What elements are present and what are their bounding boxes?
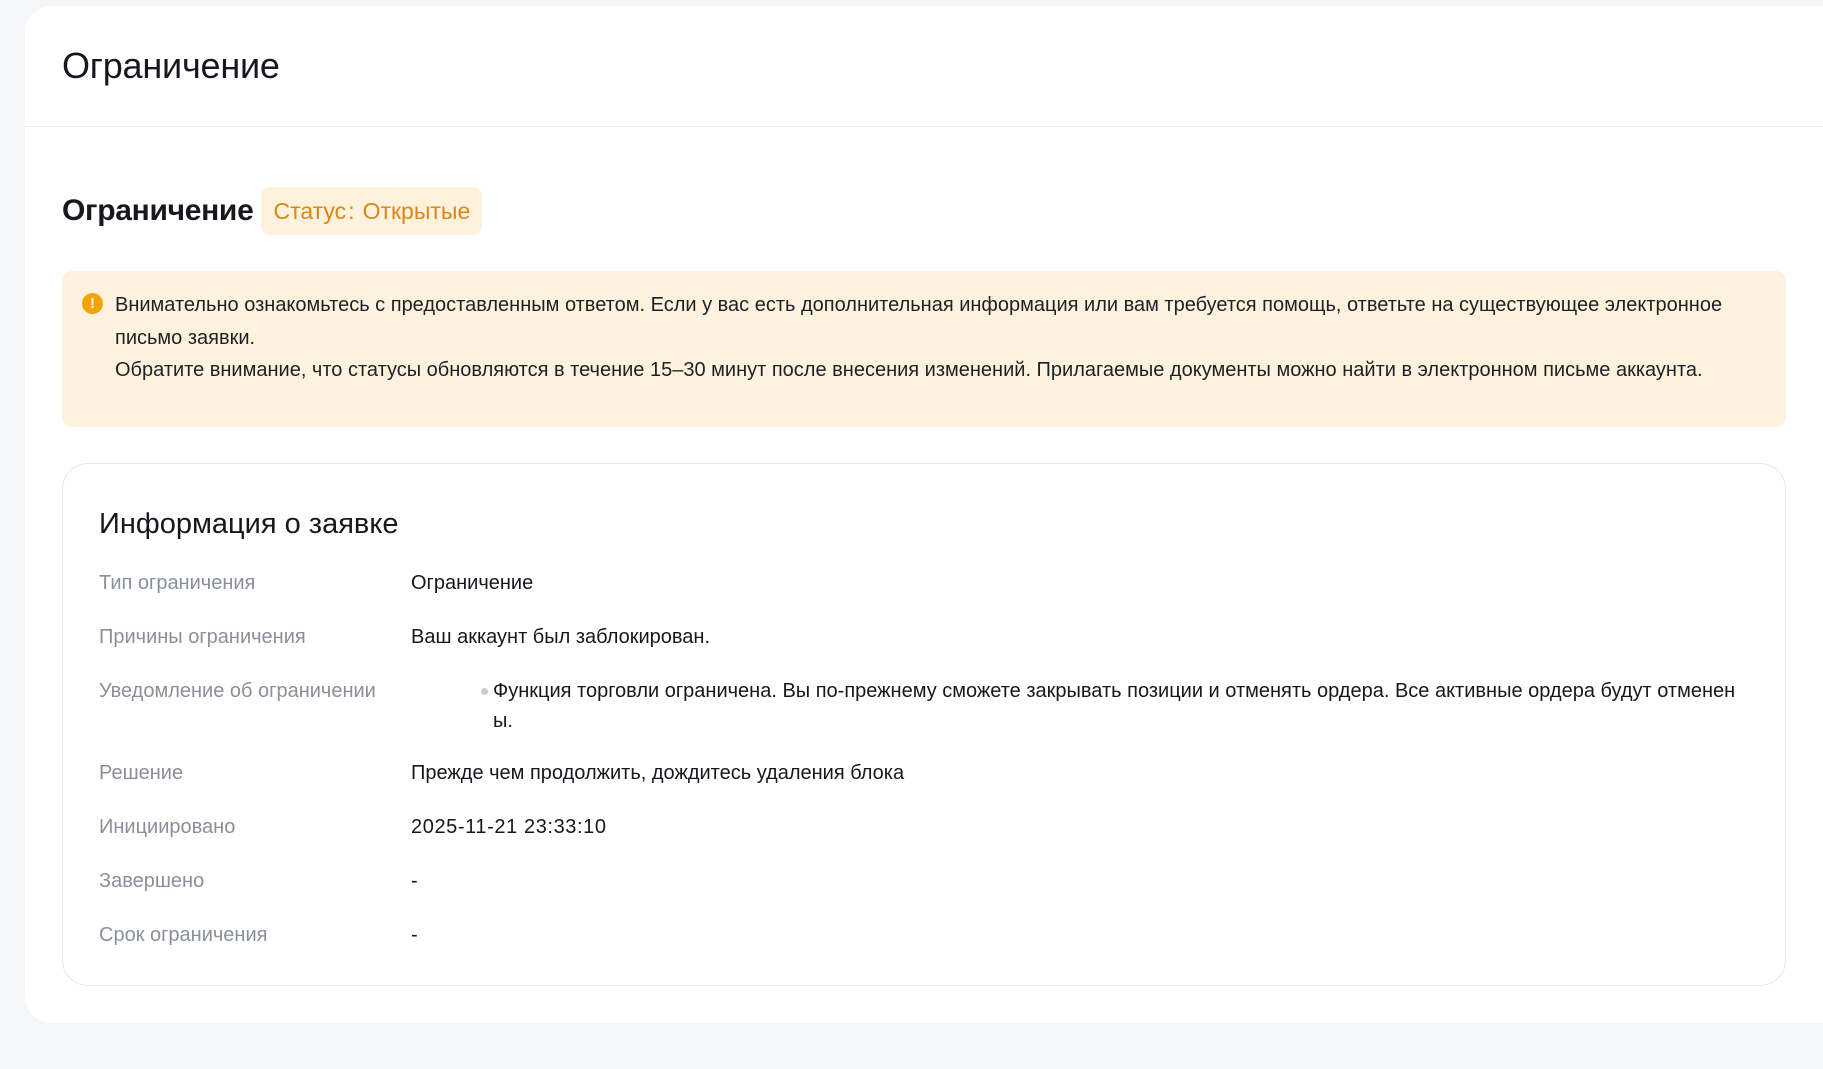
page-title: Ограничение bbox=[62, 44, 280, 88]
bullet-dot-icon bbox=[481, 688, 488, 695]
info-row-completed: Завершено - bbox=[99, 866, 1745, 896]
row-value: Ваш аккаунт был заблокирован. bbox=[411, 622, 1745, 652]
request-info-list: Тип ограничения Ограничение Причины огра… bbox=[99, 568, 1745, 974]
row-value: - bbox=[411, 920, 1745, 950]
info-alert: ! Внимательно ознакомьтесь с предоставле… bbox=[62, 271, 1786, 427]
notice-bullet-text: Функция торговли ограничена. Вы по-прежн… bbox=[493, 676, 1738, 736]
alert-paragraph: Обратите внимание, что статусы обновляют… bbox=[115, 354, 1766, 387]
row-value: - bbox=[411, 866, 1745, 896]
status-separator: : bbox=[348, 198, 354, 225]
status-badge: Статус:Открытые bbox=[261, 187, 482, 235]
row-value: 2025-11-21 23:33:10 bbox=[411, 812, 1745, 842]
section-title: Ограничение bbox=[62, 187, 253, 235]
status-value: Открытые bbox=[363, 198, 471, 225]
row-value: Функция торговли ограничена. Вы по-прежн… bbox=[411, 676, 1745, 736]
row-label: Тип ограничения bbox=[99, 568, 411, 598]
info-row-restriction-term: Срок ограничения - bbox=[99, 920, 1745, 950]
request-info-title: Информация о заявке bbox=[99, 504, 398, 544]
row-label: Уведомление об ограничении bbox=[99, 676, 411, 736]
page-header: Ограничение bbox=[25, 6, 1823, 127]
info-row-restriction-notice: Уведомление об ограничении Функция торго… bbox=[99, 676, 1745, 736]
row-label: Срок ограничения bbox=[99, 920, 411, 950]
section-header: Ограничение Статус:Открытые bbox=[62, 187, 482, 235]
restriction-page-card: Ограничение Ограничение Статус:Открытые … bbox=[25, 6, 1823, 1023]
exclamation-circle-icon: ! bbox=[82, 293, 103, 314]
request-info-card: Информация о заявке Тип ограничения Огра… bbox=[62, 463, 1786, 986]
info-row-resolution: Решение Прежде чем продолжить, дождитесь… bbox=[99, 758, 1745, 788]
row-label: Завершено bbox=[99, 866, 411, 896]
info-row-restriction-type: Тип ограничения Ограничение bbox=[99, 568, 1745, 598]
row-label: Решение bbox=[99, 758, 411, 788]
status-label: Статус bbox=[273, 198, 346, 225]
notice-bullet-item: Функция торговли ограничена. Вы по-прежн… bbox=[411, 676, 1745, 736]
row-value: Прежде чем продолжить, дождитесь удалени… bbox=[411, 758, 1745, 788]
row-label: Причины ограничения bbox=[99, 622, 411, 652]
info-row-restriction-reasons: Причины ограничения Ваш аккаунт был забл… bbox=[99, 622, 1745, 652]
row-label: Инициировано bbox=[99, 812, 411, 842]
row-value: Ограничение bbox=[411, 568, 1745, 598]
info-row-initiated: Инициировано 2025-11-21 23:33:10 bbox=[99, 812, 1745, 842]
alert-paragraph: Внимательно ознакомьтесь с предоставленн… bbox=[115, 289, 1766, 354]
